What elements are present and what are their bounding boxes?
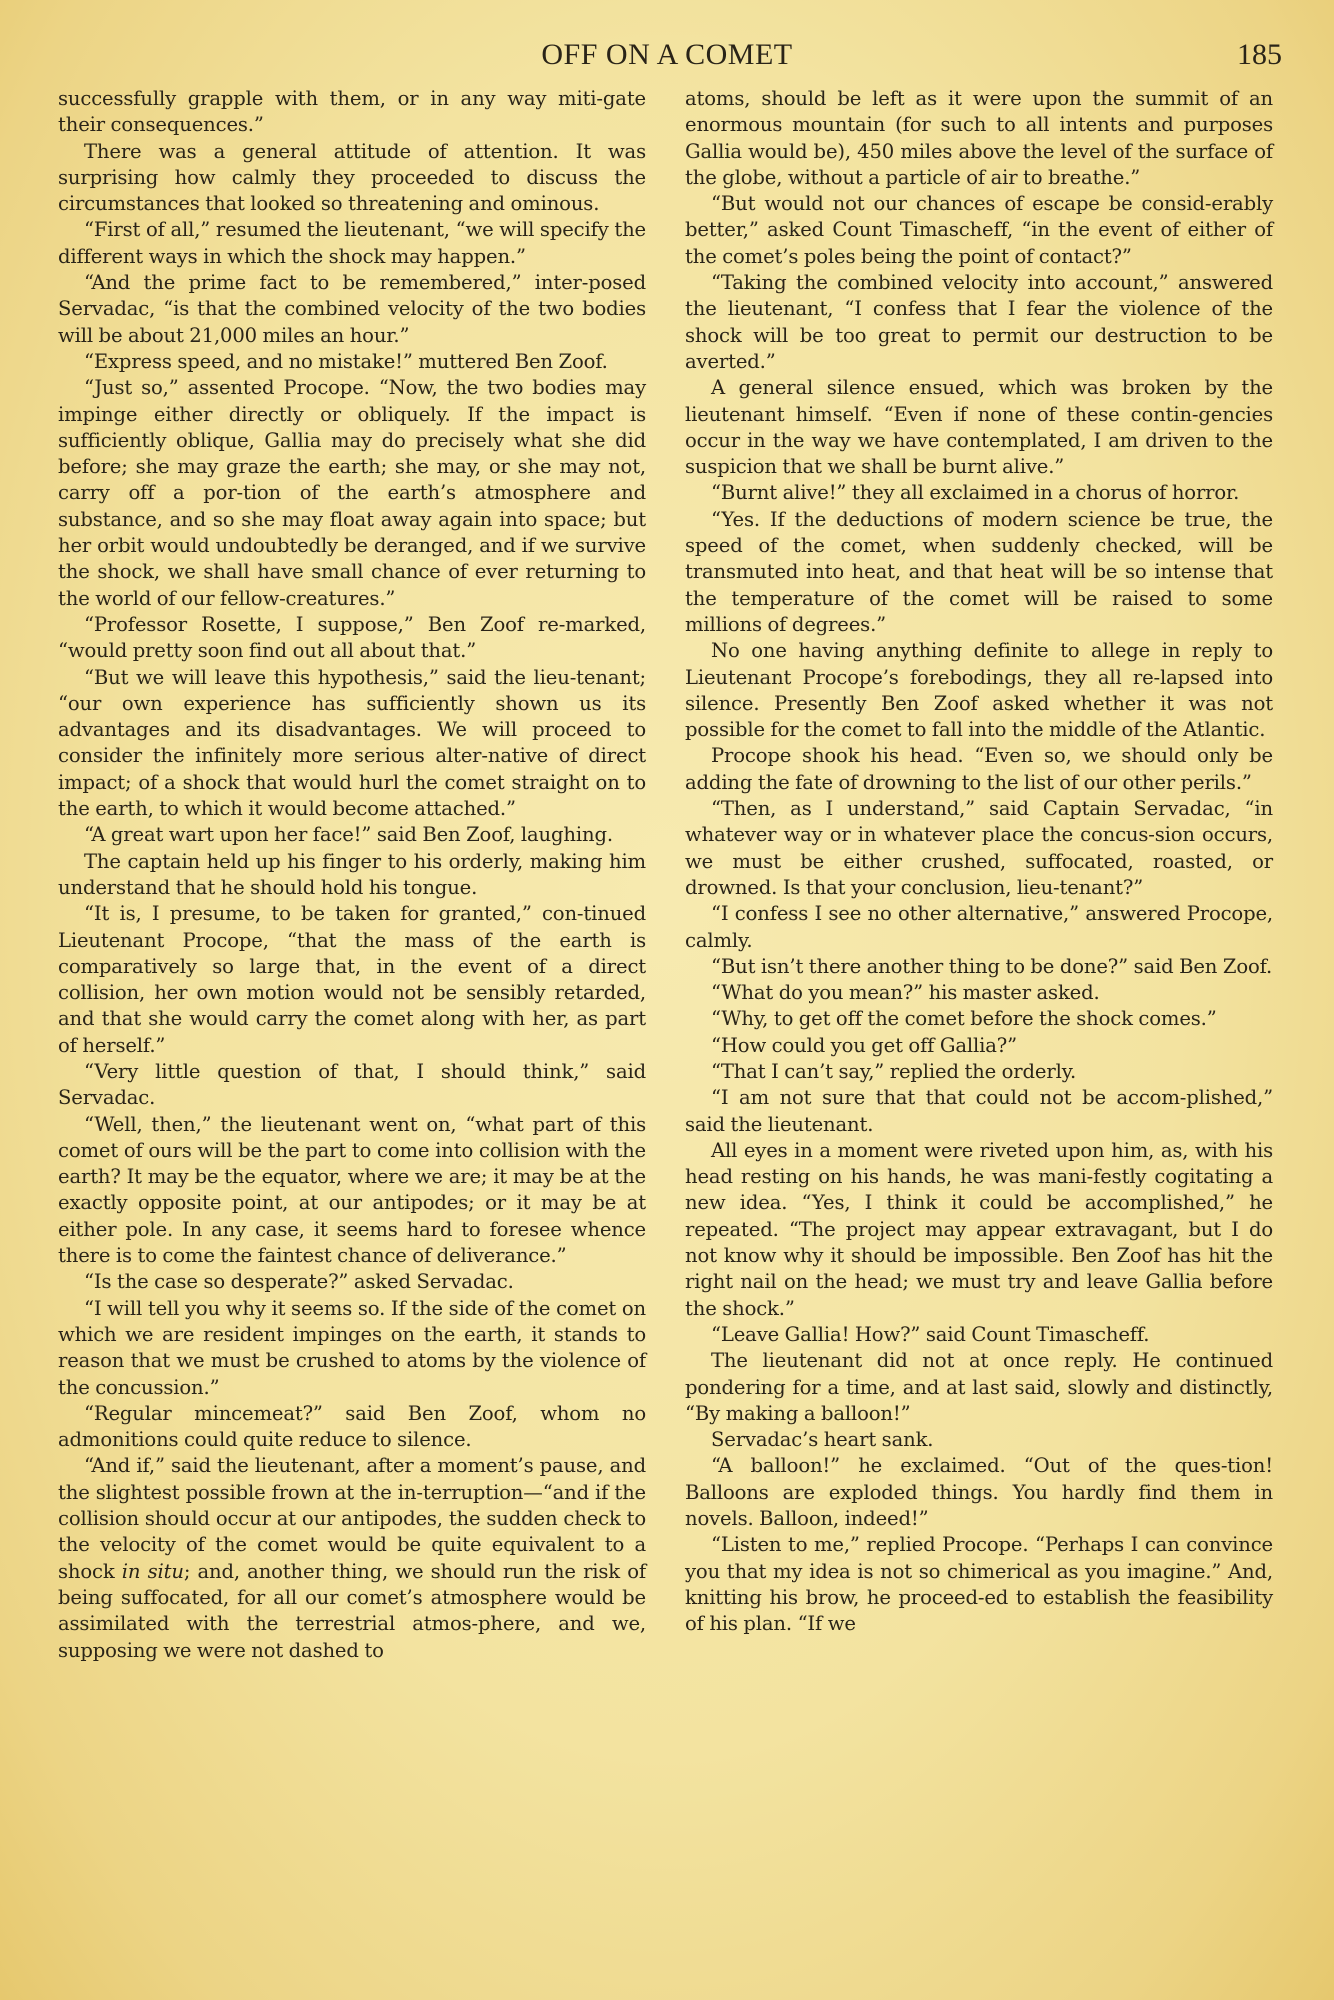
paragraph: All eyes in a moment were riveted upon h…	[685, 1138, 1273, 1322]
italic-phrase: in situ	[122, 1560, 184, 1583]
paragraph: “Just so,” assented Procope. “Now, the t…	[58, 375, 646, 612]
paragraph: “But would not our chances of escape be …	[685, 191, 1273, 270]
page-header: OFF ON A COMET 185	[0, 38, 1334, 78]
paragraph: successfully grapple with them, or in an…	[58, 86, 646, 139]
paragraph: A general silence ensued, which was brok…	[685, 375, 1273, 480]
paragraph: Servadac’s heart sank.	[685, 1427, 1273, 1453]
paragraph: “How could you get off Gallia?”	[685, 1033, 1273, 1059]
paragraph: “Burnt alive!” they all exclaimed in a c…	[685, 480, 1273, 506]
paragraph: The lieutenant did not at once reply. He…	[685, 1348, 1273, 1427]
paragraph: “Leave Gallia! How?” said Count Timasche…	[685, 1322, 1273, 1348]
running-title: OFF ON A COMET	[0, 38, 1334, 72]
paragraph: “That I can’t say,” replied the orderly.	[685, 1059, 1273, 1085]
paragraph: “What do you mean?” his master asked.	[685, 980, 1273, 1006]
paragraph: “First of all,” resumed the lieutenant, …	[58, 217, 646, 270]
paragraph: No one having anything definite to alleg…	[685, 638, 1273, 743]
paragraph: “I am not sure that that could not be ac…	[685, 1085, 1273, 1138]
paragraph: “I confess I see no other alternative,” …	[685, 901, 1273, 954]
paragraph: The captain held up his finger to his or…	[58, 849, 646, 902]
paragraph: “Then, as I understand,” said Captain Se…	[685, 796, 1273, 901]
paragraph: “Express speed, and no mistake!” muttere…	[58, 349, 646, 375]
paragraph: “And the prime fact to be remembered,” i…	[58, 270, 646, 349]
paragraph: “Why, to get off the comet before the sh…	[685, 1006, 1273, 1032]
paragraph: “Taking the combined velocity into accou…	[685, 270, 1273, 375]
paragraph: “A great wart upon her face!” said Ben Z…	[58, 822, 646, 848]
paragraph: “Well, then,” the lieutenant went on, “w…	[58, 1112, 646, 1270]
paragraph: “Listen to me,” replied Procope. “Perhap…	[685, 1532, 1273, 1637]
paragraph: There was a general attitude of attentio…	[58, 139, 646, 218]
paragraph: atoms, should be left as it were upon th…	[685, 86, 1273, 191]
paragraph: “But we will leave this hypothesis,” sai…	[58, 665, 646, 823]
paragraph: “Yes. If the deductions of modern scienc…	[685, 507, 1273, 638]
right-column: atoms, should be left as it were upon th…	[685, 86, 1273, 1638]
paragraph: Procope shook his head. “Even so, we sho…	[685, 743, 1273, 796]
paragraph: “A balloon!” he exclaimed. “Out of the q…	[685, 1453, 1273, 1532]
left-column: successfully grapple with them, or in an…	[58, 86, 646, 1664]
paragraph: “I will tell you why it seems so. If the…	[58, 1296, 646, 1401]
paragraph: “But isn’t there another thing to be don…	[685, 954, 1273, 980]
paragraph: “Very little question of that, I should …	[58, 1059, 646, 1112]
paragraph: “Professor Rosette, I suppose,” Ben Zoof…	[58, 612, 646, 665]
paragraph: “It is, I presume, to be taken for grant…	[58, 901, 646, 1059]
page-number: 185	[1237, 38, 1282, 72]
paragraph: “Is the case so desperate?” asked Servad…	[58, 1269, 646, 1295]
paragraph: “Regular mincemeat?” said Ben Zoof, whom…	[58, 1401, 646, 1454]
paragraph-final: “And if,” said the lieutenant, after a m…	[58, 1453, 646, 1663]
